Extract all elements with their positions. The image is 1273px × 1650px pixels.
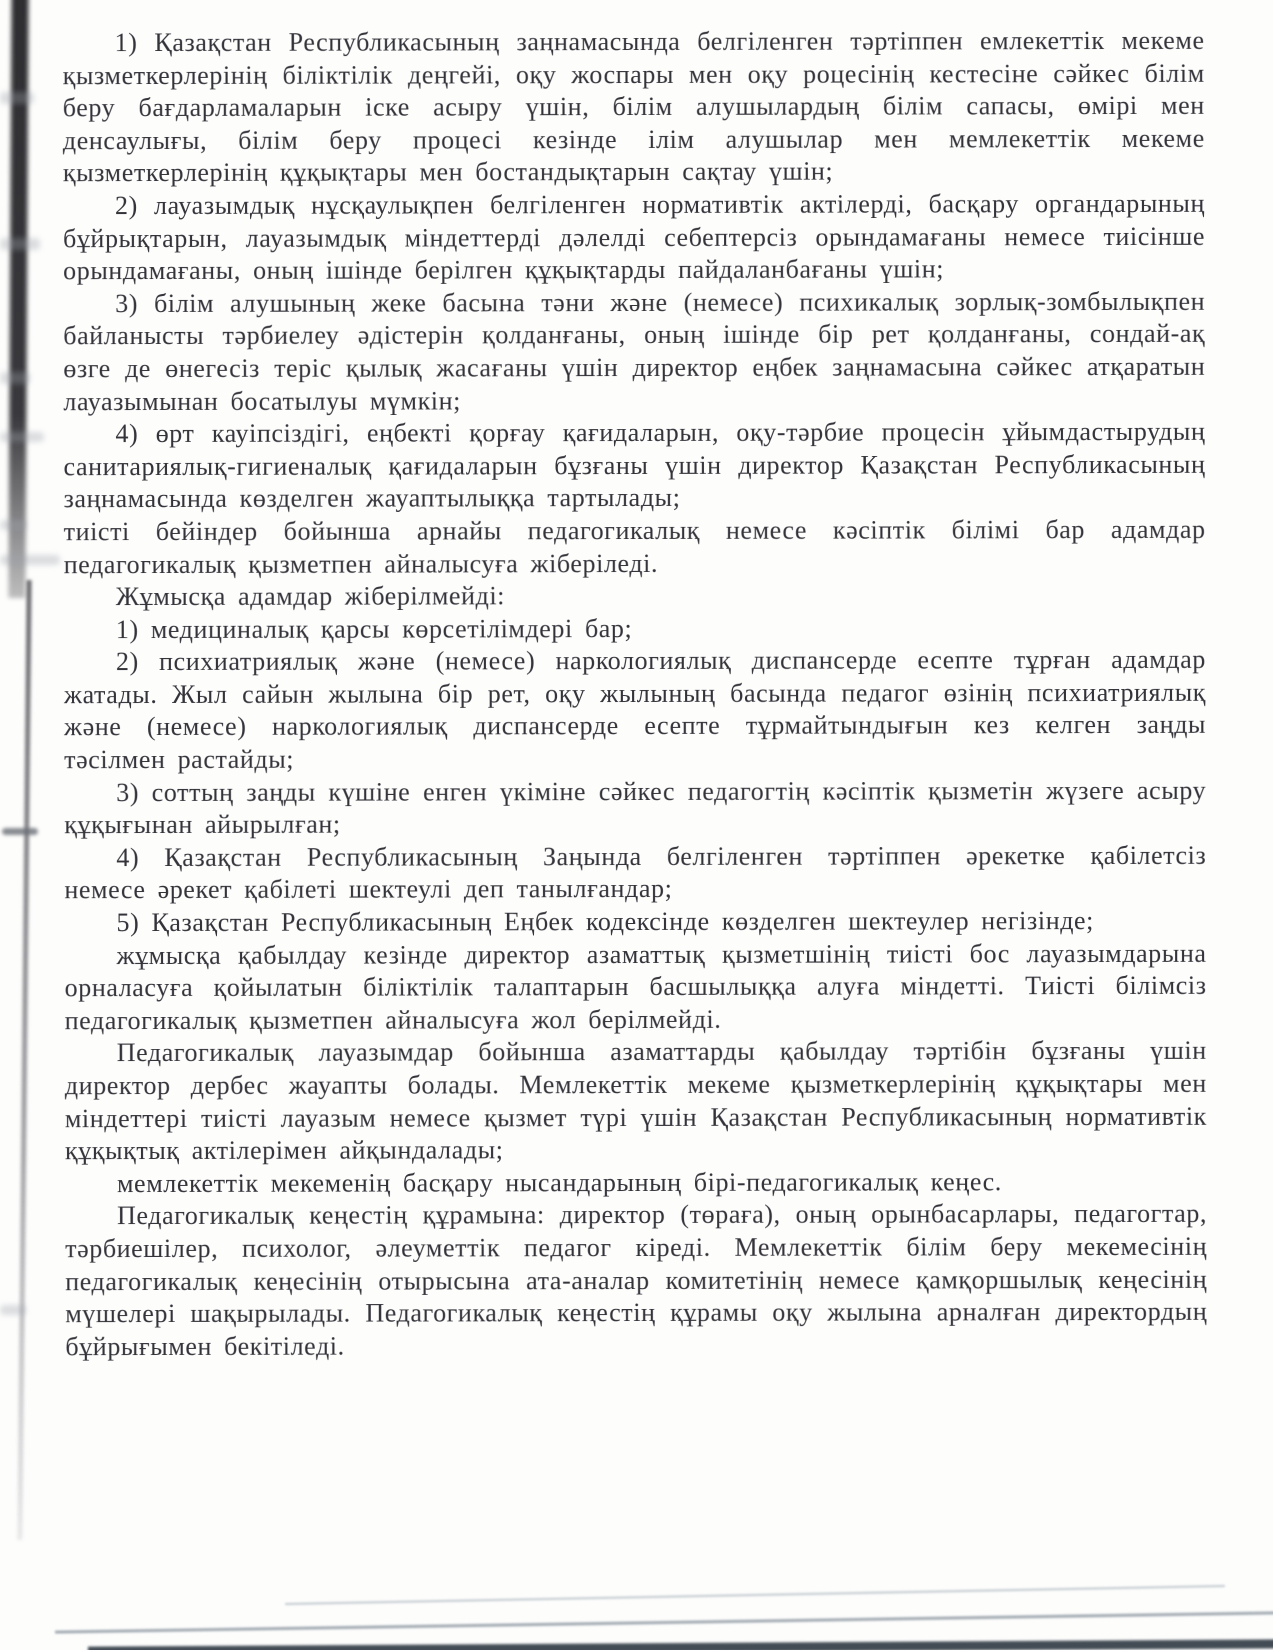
scan-smudge xyxy=(0,432,44,442)
paragraph: 3) білім алушының жеке басына тәни және … xyxy=(63,286,1205,419)
paragraph: Педагогикалық кеңестің құрамына: директо… xyxy=(65,1198,1207,1363)
paragraph: 1) Қазақстан Республикасының заңнамасынд… xyxy=(63,25,1205,190)
scan-bottom-edge-shadow xyxy=(88,1639,1273,1650)
paragraph: 2) психиатриялық және (немесе) наркологи… xyxy=(64,644,1206,777)
paragraph: Жұмысқа адамдар жіберілмейді: xyxy=(64,579,1206,614)
paragraph: 1) медициналық қарсы көрсетілімдері бар; xyxy=(64,611,1206,646)
paragraph: тиісті бейіндер бойынша арнайы педагогик… xyxy=(64,514,1206,582)
scan-edge-tick-mark xyxy=(2,828,38,835)
paragraph: Педагогикалық лауазымдар бойынша азаматт… xyxy=(65,1035,1207,1168)
paragraph: 4) Қазақстан Республикасының Заңында бел… xyxy=(64,840,1206,908)
paragraph: жұмысқа қабылдау кезінде директор азамат… xyxy=(65,937,1207,1037)
scan-smudge xyxy=(0,555,60,565)
scan-bottom-edge-line xyxy=(55,1611,1273,1633)
paragraph: 3) соттың заңды күшіне енген үкіміне сәй… xyxy=(64,774,1206,842)
scan-smudge xyxy=(0,92,34,104)
document-text: 1) Қазақстан Республикасының заңнамасынд… xyxy=(63,25,1208,1364)
scanned-page: 1) Қазақстан Республикасының заңнамасынд… xyxy=(0,0,1273,1650)
paragraph: мемлекеттік мекеменің басқару нысандарын… xyxy=(65,1166,1207,1201)
paragraph: 5) Қазақстан Республикасының Еңбек кодек… xyxy=(64,905,1206,940)
scan-smudge xyxy=(0,520,26,530)
scan-smudge xyxy=(0,1305,26,1315)
paragraph: 4) өрт кауіпсіздігі, еңбекті қорғау қағи… xyxy=(63,416,1205,516)
scan-smudge xyxy=(0,372,30,384)
scan-edge-shadow-top xyxy=(8,0,28,598)
scan-edge-shadow-line xyxy=(17,580,31,1540)
paragraph: 2) лауазымдық нұсқаулықпен белгіленген н… xyxy=(63,188,1205,288)
scan-smudge xyxy=(0,238,40,250)
scan-bottom-edge-line xyxy=(285,1585,1225,1605)
